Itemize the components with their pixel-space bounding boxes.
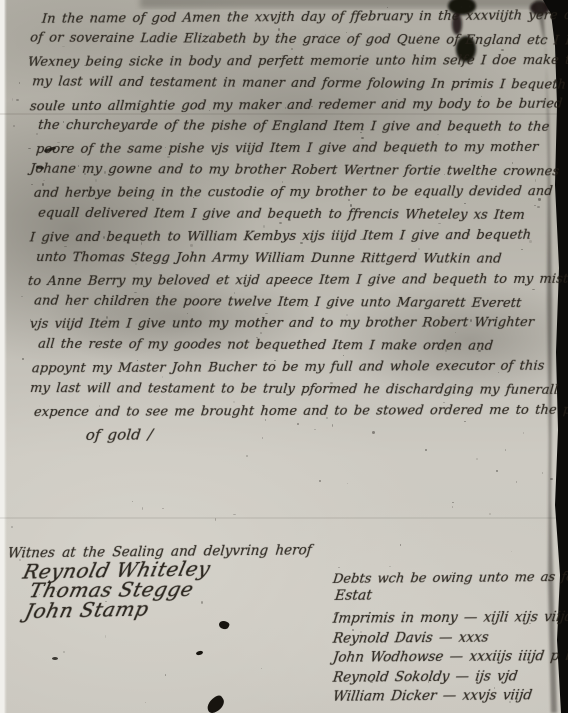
- manuscript-line: I give and bequeth to William Kembys xij…: [29, 225, 561, 250]
- paper-speck: [470, 319, 472, 322]
- paper-speck: [516, 481, 517, 484]
- paper-speck: [334, 613, 336, 615]
- paper-speck: [361, 137, 364, 139]
- paper-speck: [123, 193, 124, 195]
- paper-speck: [325, 34, 326, 36]
- paper-speck: [282, 181, 283, 184]
- paper-speck: [278, 28, 281, 30]
- debts-heading-2: Estat: [334, 586, 568, 605]
- manuscript-line: unto Thomas Stegg John Army William Dunn…: [35, 247, 561, 271]
- debts-block: Debts wch be owing unto me as foloweth E…: [333, 571, 568, 707]
- paper-speck: [300, 242, 303, 244]
- paper-speck: [437, 134, 439, 135]
- paper-speck: [529, 240, 532, 243]
- signature: John Stamp: [23, 596, 314, 621]
- paper-speck: [95, 179, 97, 181]
- paper-speck: [489, 513, 491, 515]
- paper-speck: [22, 358, 24, 360]
- manuscript-line: appoynt my Master John Bucher to be my f…: [31, 356, 561, 381]
- paper-speck: [148, 347, 150, 349]
- witness-block: Witnes at the Sealing and delyvring hero…: [8, 544, 312, 619]
- manuscript-line: In the name of god Amen the xxvjth day o…: [41, 5, 561, 31]
- manuscript-line: and herbye being in the custodie of my b…: [33, 181, 561, 205]
- manuscript-line: soule unto allmightie god my maker and r…: [29, 93, 561, 118]
- paper-speck: [29, 58, 30, 59]
- paper-speck: [269, 346, 271, 348]
- debt-entry: William Dicker — xxvjs viijd: [332, 687, 568, 708]
- paper-speck: [141, 101, 143, 103]
- paper-speck: [263, 225, 265, 228]
- paper-speck: [86, 195, 87, 196]
- paper-speck: [521, 249, 523, 251]
- paper-speck: [520, 367, 522, 369]
- paper-speck: [523, 432, 525, 434]
- paper-speck: [201, 601, 203, 604]
- paper-speck: [455, 332, 456, 333]
- manuscript-line: the churcheyarde of the pishe of England…: [37, 116, 561, 140]
- paper-speck: [470, 83, 472, 84]
- paper-speck: [478, 350, 481, 352]
- paper-speck: [215, 518, 216, 521]
- paper-speck: [496, 470, 498, 472]
- manuscript-line: to Anne Berry my beloved et xijd apeece …: [27, 269, 561, 293]
- debt-entry: Reynold Davis — xxxs: [332, 628, 568, 649]
- paper-speck: [350, 204, 352, 206]
- paper-speck: [260, 332, 262, 334]
- will-text-block: In the name of god Amen the xxvjth day o…: [28, 7, 560, 445]
- paper-speck: [105, 635, 106, 638]
- paper-speck: [534, 205, 536, 206]
- manuscript-line: vjs viijd Item I give unto my mother and…: [29, 313, 561, 337]
- manuscript-line: equall delivered Item I give and bequeth…: [37, 203, 561, 227]
- paper-speck: [460, 6, 463, 8]
- debt-entry: Reynold Sokoldy — ijs vjd: [332, 667, 568, 688]
- paper-speck: [64, 246, 66, 247]
- paper-speck: [123, 239, 125, 242]
- manuscript-line: Johane my gowne and to my brother Robert…: [29, 159, 561, 184]
- debt-entries: Imprimis in mony — xijli xijs viijd Reyn…: [333, 609, 568, 707]
- paper-speck: [542, 472, 543, 474]
- manuscript-line: poore of the same pishe vjs viijd Item I…: [35, 137, 561, 161]
- paper-speck: [19, 82, 21, 84]
- paper-speck: [425, 449, 427, 452]
- paper-speck: [331, 322, 333, 324]
- paper-speck: [262, 437, 263, 439]
- paper-speck: [537, 206, 540, 208]
- paper-speck: [370, 681, 373, 683]
- paper-speck: [418, 248, 419, 250]
- paper-speck: [550, 478, 553, 480]
- paper-speck: [346, 314, 348, 316]
- paper-speck: [319, 480, 321, 482]
- paper-speck: [140, 614, 142, 616]
- paper-speck: [415, 143, 417, 144]
- paper-speck: [165, 674, 166, 676]
- paper-speck: [326, 417, 328, 419]
- manuscript-line: my last will and testament in maner and …: [31, 71, 561, 96]
- paper-speck: [396, 99, 398, 100]
- paper-speck: [104, 171, 106, 174]
- paper-speck: [297, 423, 299, 425]
- paper-speck: [420, 35, 422, 36]
- paper-speck: [138, 387, 140, 389]
- paper-speck: [57, 142, 60, 143]
- paper-speck: [400, 639, 401, 640]
- paper-speck: [11, 526, 13, 529]
- paper-speck: [233, 401, 235, 403]
- manuscript-line: and her children the poore twelve Item I…: [33, 290, 561, 315]
- paper-speck: [348, 169, 350, 171]
- manuscript-line: Wexney being sicke in body and perfett m…: [27, 50, 561, 74]
- paper-speck: [352, 629, 354, 631]
- manuscript-line: all the reste of my goodes not bequethed…: [37, 334, 561, 358]
- paper-speck: [42, 183, 44, 186]
- debt-entry: Imprimis in mony — xijli xijs viijd: [332, 608, 568, 629]
- paper-speck: [66, 302, 69, 303]
- manuscript-line: of or soveraine Ladie Elizabeth by the g…: [29, 28, 561, 53]
- paper-speck: [468, 233, 470, 236]
- paper-speck: [538, 198, 541, 200]
- paper-speck: [162, 508, 164, 509]
- ink-speck: [52, 657, 58, 660]
- paper-speck: [387, 7, 388, 9]
- paper-speck: [162, 376, 163, 378]
- manuscript-line: expence and to see me brought home and t…: [33, 400, 561, 424]
- paper-speck: [477, 193, 479, 196]
- paper-speck: [167, 156, 170, 158]
- paper-speck: [445, 349, 447, 351]
- paper-speck: [498, 239, 500, 241]
- manuscript-line: my last will and testament to be truly p…: [29, 378, 561, 402]
- paper-speck: [347, 483, 348, 485]
- paper-speck: [103, 236, 105, 239]
- paper-speck: [332, 424, 333, 427]
- debt-entry: John Wodhowse — xxxiijs iiijd p billam: [332, 647, 568, 668]
- paper-speck: [512, 162, 514, 164]
- paper-speck: [84, 173, 86, 175]
- paper-speck: [348, 199, 350, 201]
- paper-speck: [16, 99, 19, 101]
- paper-speck: [256, 337, 258, 338]
- paper-speck: [145, 702, 147, 703]
- manuscript-page: In the name of god Amen the xxvjth day o…: [0, 0, 568, 713]
- paper-speck: [464, 421, 466, 422]
- manuscript-line: of gold /: [85, 421, 562, 447]
- paper-speck: [190, 244, 193, 246]
- paper-speck: [211, 33, 212, 35]
